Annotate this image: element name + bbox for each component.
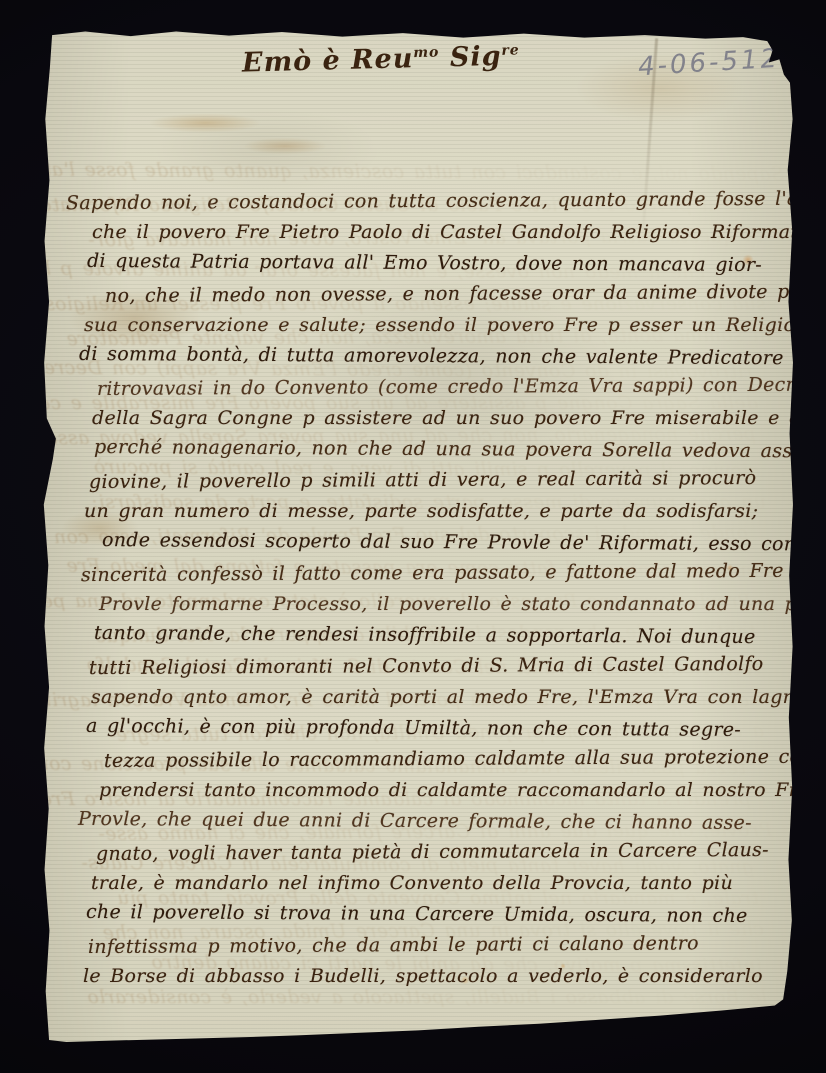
manuscript-line: no, che il medo non ovesse, e non facess… bbox=[64, 277, 786, 312]
manuscript-line: Provle formarne Processo, il poverello è… bbox=[64, 589, 786, 620]
manuscript-line: un gran numero di messe, parte sodisfatt… bbox=[64, 496, 786, 527]
manuscript-line: della Sagra Congne p assistere ad un suo… bbox=[64, 403, 786, 434]
scan-background: Sapendo noi, e costandoci con tutta cosc… bbox=[0, 0, 826, 1073]
manuscript-line: gnato, vogli haver tanta pietà di commut… bbox=[64, 835, 786, 870]
manuscript-line: onde essendosi scoperto dal suo Fre Prov… bbox=[64, 525, 786, 560]
salutation-superscript: mo bbox=[413, 44, 440, 61]
letter-body: Sapendo noi, e costandoci con tutta cosc… bbox=[64, 186, 786, 992]
manuscript-line: tanto grande, che rendesi insoffribile a… bbox=[64, 618, 786, 653]
manuscript-line: che il poverello si trova in una Carcere… bbox=[64, 897, 786, 932]
manuscript-line: di somma bontà, di tutta amorevolezza, n… bbox=[64, 339, 786, 374]
manuscript-line: perché nonagenario, non che ad una sua p… bbox=[64, 432, 786, 467]
manuscript-line: sua conservazione e salute; essendo il p… bbox=[64, 310, 786, 341]
manuscript-line: sapendo qnto amor, è carità porti al med… bbox=[64, 682, 786, 713]
manuscript-line: tutti Religiosi dimoranti nel Convto di … bbox=[64, 649, 786, 684]
manuscript-line: Provle, che quei due anni di Carcere for… bbox=[64, 804, 786, 839]
manuscript-line: Sapendo noi, e costandoci con tutta cosc… bbox=[64, 184, 786, 219]
manuscript-line: ritrovavasi in do Convento (come credo l… bbox=[64, 370, 786, 405]
manuscript-line: prendersi tanto incommodo di caldamte ra… bbox=[64, 775, 786, 806]
manuscript-line: giovine, il poverello p simili atti di v… bbox=[64, 463, 786, 498]
manuscript-line: di questa Patria portava all' Emo Vostro… bbox=[64, 246, 786, 281]
salutation-text-2: Sig bbox=[450, 41, 502, 73]
archival-number: 4-06-512 bbox=[637, 44, 781, 83]
letter-page: Sapendo noi, e costandoci con tutta cosc… bbox=[40, 28, 796, 1042]
manuscript-line: infettissma p motivo, che da ambi le par… bbox=[64, 928, 786, 963]
manuscript-line: le Borse di abbasso i Budelli, spettacol… bbox=[64, 961, 786, 992]
manuscript-line: trale, è mandarlo nel infimo Convento de… bbox=[64, 868, 786, 899]
manuscript-line: sincerità confessò il fatto come era pas… bbox=[64, 556, 786, 591]
manuscript-line: che il povero Fre Pietro Paolo di Castel… bbox=[64, 217, 786, 248]
manuscript-line: a gl'occhi, è con più profonda Umiltà, n… bbox=[64, 711, 786, 746]
salutation-superscript-2: re bbox=[501, 42, 520, 58]
salutation: Emò è Reumo Sigre bbox=[242, 40, 521, 78]
salutation-text: Emò è Reu bbox=[242, 43, 414, 78]
manuscript-line: tezza possibile lo raccommandiamo caldam… bbox=[64, 742, 786, 777]
